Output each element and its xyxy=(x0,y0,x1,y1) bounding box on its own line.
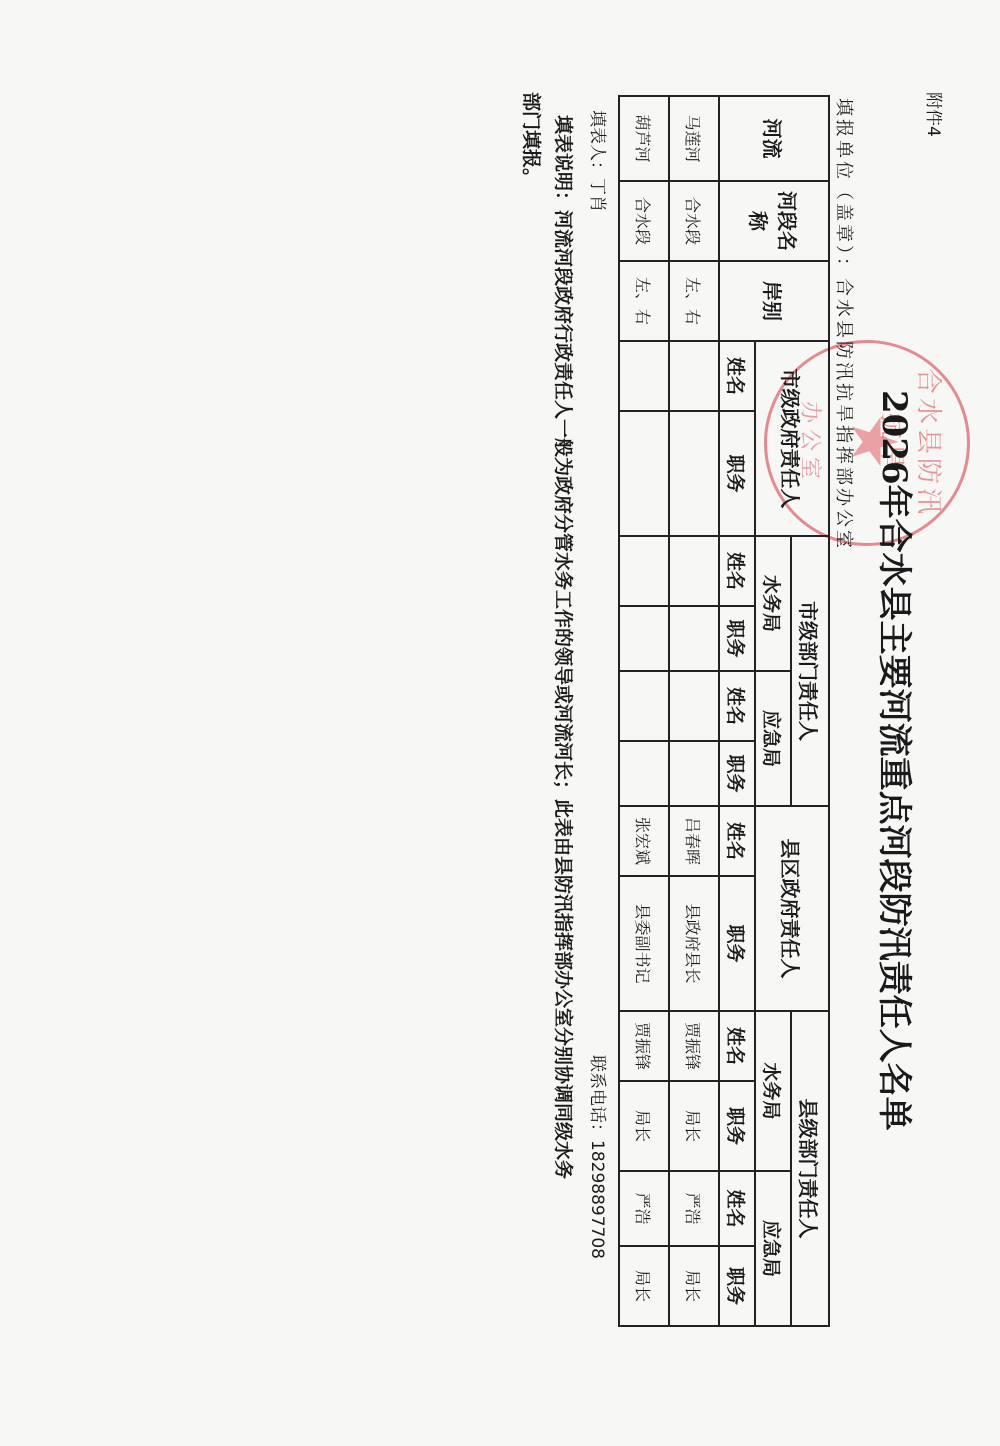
cell-county-gov-position: 县政府县长 xyxy=(669,876,719,1011)
cell-county-water-position: 局长 xyxy=(669,1081,719,1171)
header-county-water: 水务局 xyxy=(755,1011,791,1171)
header-city-water: 水务局 xyxy=(755,536,791,671)
header-county-gov: 县区政府责任人 xyxy=(755,806,829,1011)
header-name: 姓名 xyxy=(719,1011,755,1081)
phone-value: 18298897708 xyxy=(587,1140,607,1259)
page-title: 2026年合水县主要河流重点河段防汛责任人名单 xyxy=(873,390,922,1131)
reporting-unit-value: 合水县防汛抗旱指挥部办公室 xyxy=(833,278,854,551)
header-city-dept: 市级部门责任人 xyxy=(791,536,829,806)
phone-label: 联系电话： xyxy=(587,1055,607,1140)
filler-name: 丁肖 xyxy=(587,178,607,212)
header-name: 姓名 xyxy=(719,806,755,876)
attachment-label: 附件4 xyxy=(923,92,948,137)
note-label: 填表说明： xyxy=(552,115,574,210)
cell-city-gov-position xyxy=(619,411,669,536)
cell-city-water-name xyxy=(619,536,669,606)
cell-county-gov-name: 张宏斌 xyxy=(619,806,669,876)
header-position: 职务 xyxy=(719,606,755,671)
note-text: 河流河段政府行政责任人一般为政府分管水务工作的领导或河流河长；此表由县防汛指挥部… xyxy=(552,210,574,1179)
header-name: 姓名 xyxy=(719,671,755,741)
header-county-emergency: 应急局 xyxy=(755,1171,791,1326)
cell-city-water-position xyxy=(669,606,719,671)
reporting-unit-label: 填报单位（盖章）： xyxy=(833,98,854,278)
contact-phone: 联系电话：18298897708 xyxy=(587,1055,612,1259)
cell-county-emergency-name: 严浩 xyxy=(619,1171,669,1246)
document-page: 附件4 合水县防汛抗旱 ★ 办公室 2026年合水县主要河流重点河段防汛责任人名… xyxy=(0,0,1000,1446)
cell-county-water-position: 局长 xyxy=(619,1081,669,1171)
table-row: 马莲河 合水段 左、右 吕春晖 县政府县长 贾振锋 局长 严浩 局长 xyxy=(669,96,719,1326)
header-position: 职务 xyxy=(719,411,755,536)
cell-county-emergency-position: 局长 xyxy=(619,1246,669,1326)
cell-county-water-name: 贾振锋 xyxy=(619,1011,669,1081)
cell-city-emergency-name xyxy=(669,671,719,741)
cell-city-emergency-position xyxy=(619,741,669,806)
header-name: 姓名 xyxy=(719,341,755,411)
cell-city-gov-name xyxy=(619,341,669,411)
cell-city-water-position xyxy=(619,606,669,671)
filling-instructions-continued: 部门填报。 xyxy=(519,92,546,187)
header-position: 职务 xyxy=(719,741,755,806)
header-name: 姓名 xyxy=(719,1171,755,1246)
cell-city-water-name xyxy=(669,536,719,606)
table-row: 葫芦河 合水段 左、右 张宏斌 县委副书记 贾振锋 局长 严浩 局长 xyxy=(619,96,669,1326)
cell-city-gov-position xyxy=(669,411,719,536)
cell-section: 合水段 xyxy=(619,181,669,261)
header-section-name: 河段名称 xyxy=(719,181,829,261)
form-filler: 填表人：丁肖 xyxy=(587,110,612,212)
cell-bank: 左、右 xyxy=(669,261,719,341)
header-row-groups: 河流 河段名称 岸别 市级政府责任人 市级部门责任人 县区政府责任人 县级部门责… xyxy=(791,96,829,1326)
header-position: 职务 xyxy=(719,1246,755,1326)
header-position: 职务 xyxy=(719,876,755,1011)
cell-bank: 左、右 xyxy=(619,261,669,341)
cell-river: 葫芦河 xyxy=(619,96,669,181)
header-river: 河流 xyxy=(719,96,829,181)
cell-section: 合水段 xyxy=(669,181,719,261)
header-county-dept: 县级部门责任人 xyxy=(791,1011,829,1326)
cell-city-gov-name xyxy=(669,341,719,411)
cell-city-emergency-name xyxy=(619,671,669,741)
reporting-unit: 填报单位（盖章）：合水县防汛抗旱指挥部办公室 xyxy=(832,98,858,551)
header-city-emergency: 应急局 xyxy=(755,671,791,806)
cell-county-water-name: 贾振锋 xyxy=(669,1011,719,1081)
filling-instructions: 填表说明：河流河段政府行政责任人一般为政府分管水务工作的领导或河流河长；此表由县… xyxy=(546,115,580,1315)
cell-county-gov-name: 吕春晖 xyxy=(669,806,719,876)
cell-county-emergency-position: 局长 xyxy=(669,1246,719,1326)
cell-county-gov-position: 县委副书记 xyxy=(619,876,669,1011)
cell-river: 马莲河 xyxy=(669,96,719,181)
header-bank: 岸别 xyxy=(719,261,829,341)
header-city-gov: 市级政府责任人 xyxy=(755,341,829,536)
filler-label: 填表人： xyxy=(587,110,607,178)
header-position: 职务 xyxy=(719,1081,755,1171)
cell-county-emergency-name: 严浩 xyxy=(669,1171,719,1246)
cell-city-emergency-position xyxy=(669,741,719,806)
responsibility-table: 河流 河段名称 岸别 市级政府责任人 市级部门责任人 县区政府责任人 县级部门责… xyxy=(618,95,830,1327)
header-name: 姓名 xyxy=(719,536,755,606)
